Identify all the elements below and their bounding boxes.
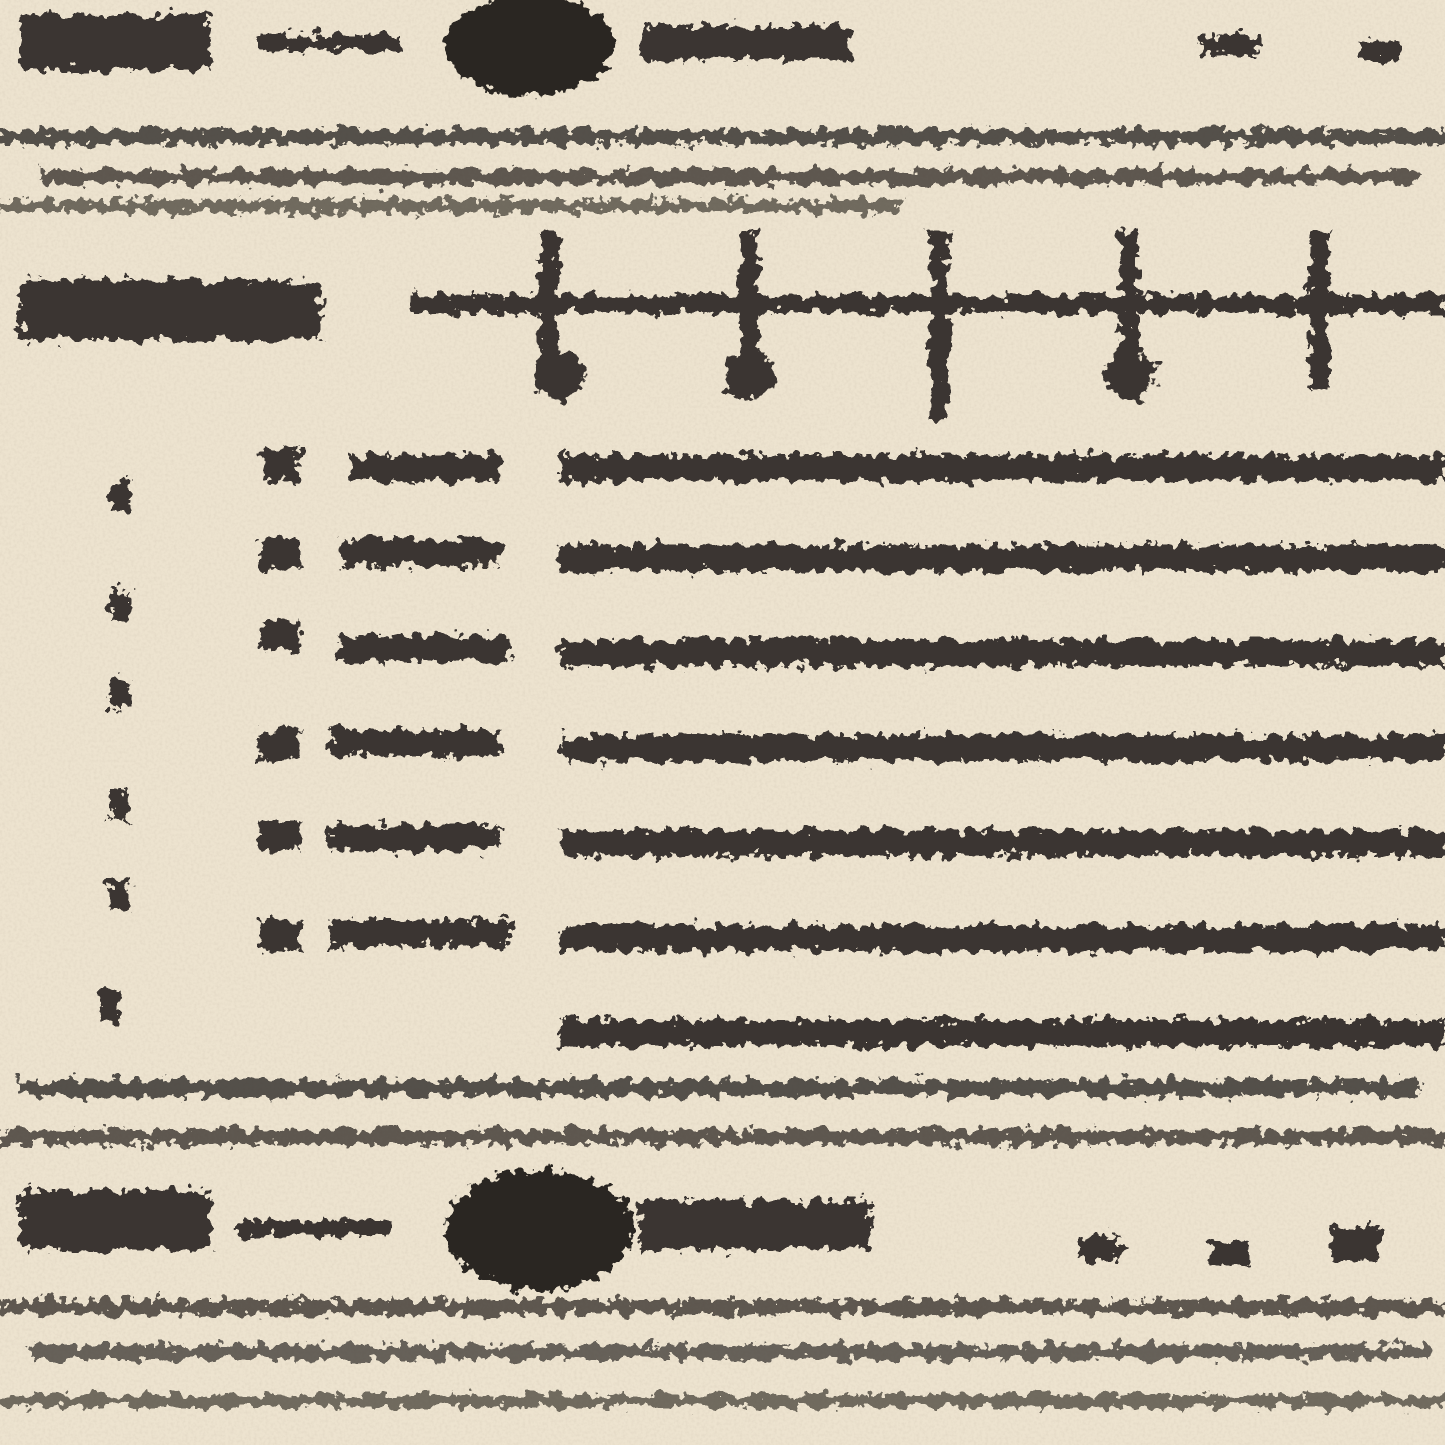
rug-pattern — [0, 0, 1445, 1445]
rug-texture-photo: Close-up of a shag rug with cream pile a… — [0, 0, 1445, 1445]
